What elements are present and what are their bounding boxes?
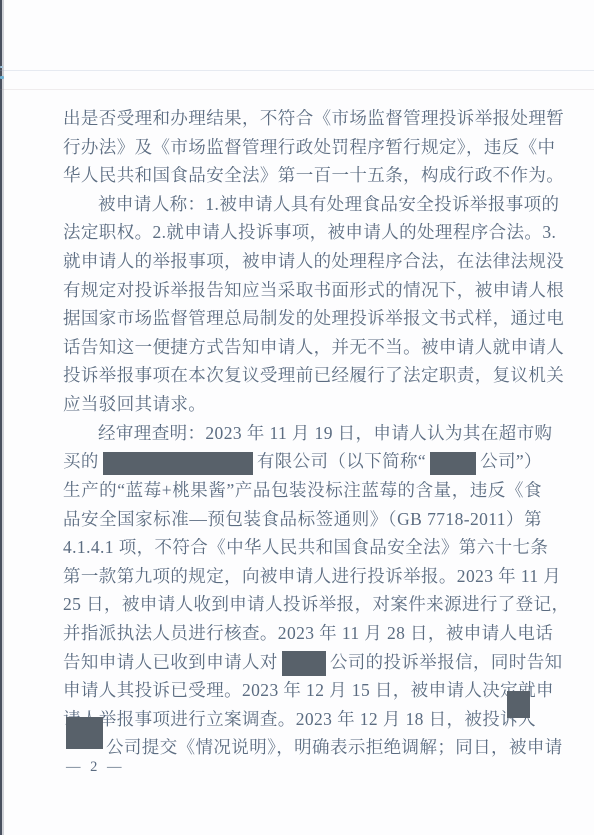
- page-number: — 2 —: [66, 759, 125, 776]
- scan-artifact-speck: [0, 66, 3, 68]
- body-line: 生产的“蓝莓+桃果酱”产品包装没标注蓝莓的含量，违反《食: [63, 476, 542, 505]
- body-line: 应当驳回其请求。: [63, 390, 542, 419]
- scan-artifact-line: [0, 70, 594, 71]
- body-line: 法定职权。2.就申请人投诉事项，被申请人的处理程序合法。3.: [63, 218, 542, 247]
- body-line: 品安全国家标准—预包装食品标签通则》（GB 7718-2011）第: [63, 505, 542, 534]
- scan-artifact-speck: [0, 76, 4, 79]
- redaction-box: [282, 651, 326, 676]
- document-body: 出是否受理和办理结果，不符合《市场监督管理投诉举报处理暂 行办法》及《市场监督管…: [63, 104, 542, 762]
- body-line: 4.1.4.1 项，不符合《中华人民共和国食品安全法》第六十七条: [63, 533, 542, 562]
- page-scan-edge-shadow: [2, 0, 4, 835]
- body-line: 就申请人的举报事项，被申请人的处理程序合法，在法律法规没: [63, 247, 542, 276]
- body-text-segment: 公司”）: [480, 451, 542, 471]
- redaction-box: [507, 691, 530, 718]
- body-text-segment: 有限公司（以下简称“: [257, 451, 426, 471]
- body-line: 出是否受理和办理结果，不符合《市场监督管理投诉举报处理暂: [63, 104, 542, 133]
- body-line: 公司提交《情况说明》，明确表示拒绝调解；同日，被申请: [63, 733, 542, 762]
- body-line: 有规定对投诉举报告知应当采取书面形式的情况下，被申请人根: [63, 276, 542, 305]
- body-line: 25 日，被申请人收到申请人投诉举报，对案件来源进行了登记，: [63, 590, 542, 619]
- body-line: 经审理查明：2023 年 11 月 19 日，申请人认为其在超市购: [63, 419, 542, 448]
- scan-artifact-line: [0, 89, 594, 90]
- body-line: 第一款第九项的规定，向被申请人进行投诉举报。2023 年 11 月: [63, 562, 542, 591]
- body-line: 投诉举报事项在本次复议受理前已经履行了法定职责，复议机关: [63, 361, 542, 390]
- scanned-document-page: 出是否受理和办理结果，不符合《市场监督管理投诉举报处理暂 行办法》及《市场监督管…: [0, 0, 594, 835]
- body-line: 据国家市场监督管理总局制发的处理投诉举报文书式样，通过电: [63, 304, 542, 333]
- body-line: 话告知这一便捷方式告知申请人，并无不当。被申请人就申请人: [63, 333, 542, 362]
- redaction-box: [103, 452, 253, 475]
- body-line-with-redactions: 买的有限公司（以下简称“公司”）: [63, 447, 542, 476]
- body-line-with-redactions: 告知申请人已收到申请人对公司的投诉举报信，同时告知: [63, 648, 542, 677]
- body-line: 华人民共和国食品安全法》第一百一十五条，构成行政不作为。: [63, 161, 542, 190]
- body-line: 行办法》及《市场监督管理行政处罚程序暂行规定》，违反《中: [63, 133, 542, 162]
- redaction-box: [430, 452, 476, 475]
- body-line: 被申请人称：1.被申请人具有处理食品安全投诉举报事项的: [63, 190, 542, 219]
- body-text-segment: 买的: [63, 451, 99, 471]
- body-line: 请人举报事项进行立案调查。2023 年 12 月 18 日，被投诉人: [63, 705, 542, 734]
- body-text-segment: 告知申请人已收到申请人对: [63, 652, 278, 672]
- body-text-segment: 公司的投诉举报信，同时告知: [330, 652, 563, 672]
- body-line: 申请人其投诉已受理。2023 年 12 月 15 日，被申请人决定就申: [63, 676, 542, 705]
- redaction-box: [66, 717, 103, 749]
- body-line: 并指派执法人员进行核查。2023 年 11 月 28 日，被申请人电话: [63, 619, 542, 648]
